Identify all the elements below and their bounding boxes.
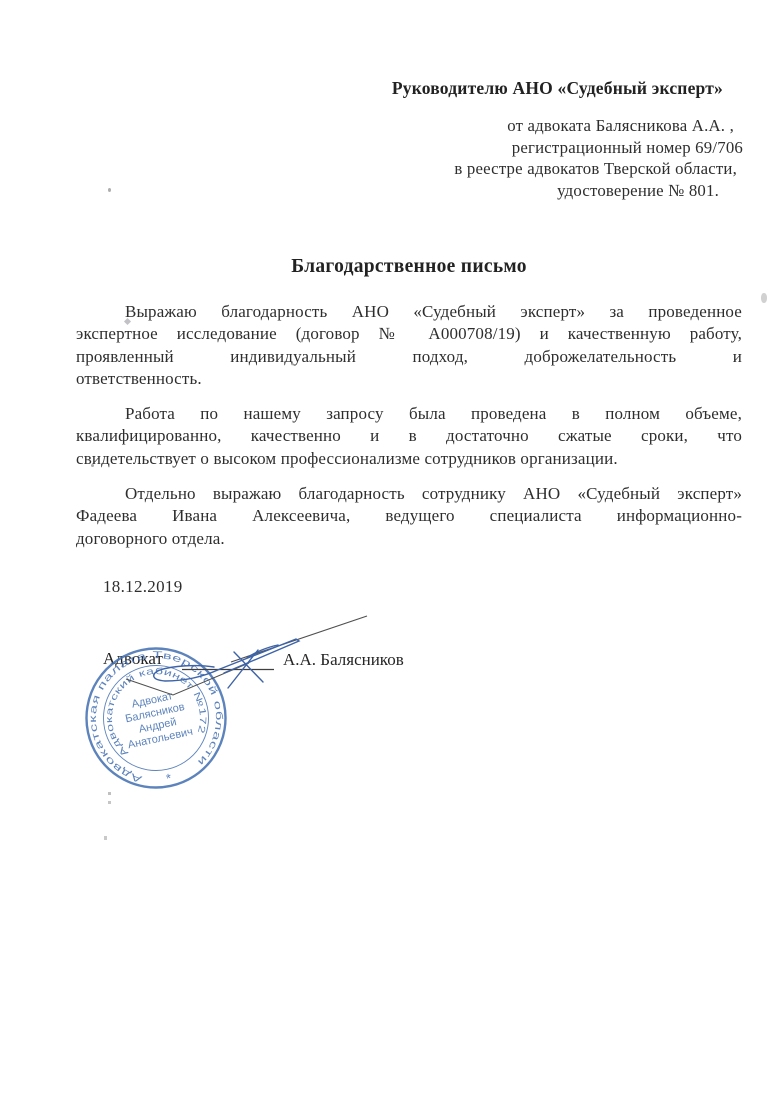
scan-artifact [108, 801, 111, 804]
signature-stroke [154, 666, 220, 681]
scan-artifact [108, 188, 111, 192]
paragraph-line: Фадеева Ивана Алексеевича, ведущего спец… [76, 505, 742, 527]
sender-line: в реестре адвокатов Тверской области, [392, 158, 743, 180]
sender-line: регистрационный номер 69/706 [392, 137, 743, 159]
paragraph-line: Выражаю благодарность АНО «Судебный эксп… [76, 301, 742, 323]
paragraph-line: Работа по нашему запросу была проведена … [76, 403, 742, 425]
paragraph-line: проявленный индивидуальный подход, добро… [76, 346, 742, 368]
signature-flourish-group [154, 639, 299, 688]
paragraph-line: договорного отдела. [76, 528, 742, 550]
signature-ink [80, 600, 400, 730]
scan-artifact [91, 464, 94, 467]
recipient-line: Руководителю АНО «Судебный эксперт» [392, 78, 743, 99]
paragraph-line: ответственность. [76, 368, 742, 390]
date-text: 18.12.2019 [103, 577, 183, 597]
sender-line: удостоверение № 801. [392, 180, 743, 202]
paragraph: Выражаю благодарность АНО «Судебный эксп… [76, 301, 742, 390]
paragraph-line: экспертное исследование (договор № А0007… [76, 323, 742, 345]
scanned-letter-page: Руководителю АНО «Судебный эксперт» от а… [0, 0, 784, 1112]
scan-artifact [761, 293, 767, 303]
paragraph-line: Отдельно выражаю благодарность сотрудник… [76, 483, 742, 505]
paragraph-line: свидетельствует о высоком профессионализ… [76, 448, 742, 470]
paragraph-line: квалифицированно, качественно и в достат… [76, 425, 742, 447]
signature-stroke [220, 639, 299, 673]
address-block: Руководителю АНО «Судебный эксперт» от а… [392, 78, 743, 201]
sender-line: от адвоката Балясникова А.А. , [392, 115, 743, 137]
scan-artifact [108, 792, 111, 795]
paragraph: Отдельно выражаю благодарность сотрудник… [76, 483, 742, 550]
scan-artifact [104, 836, 107, 840]
paragraph: Работа по нашему запросу была проведена … [76, 403, 742, 470]
letter-body: Выражаю благодарность АНО «Судебный эксп… [76, 301, 742, 563]
stamp-bottom-star: * [165, 770, 173, 786]
document-title: Благодарственное письмо [76, 256, 742, 278]
